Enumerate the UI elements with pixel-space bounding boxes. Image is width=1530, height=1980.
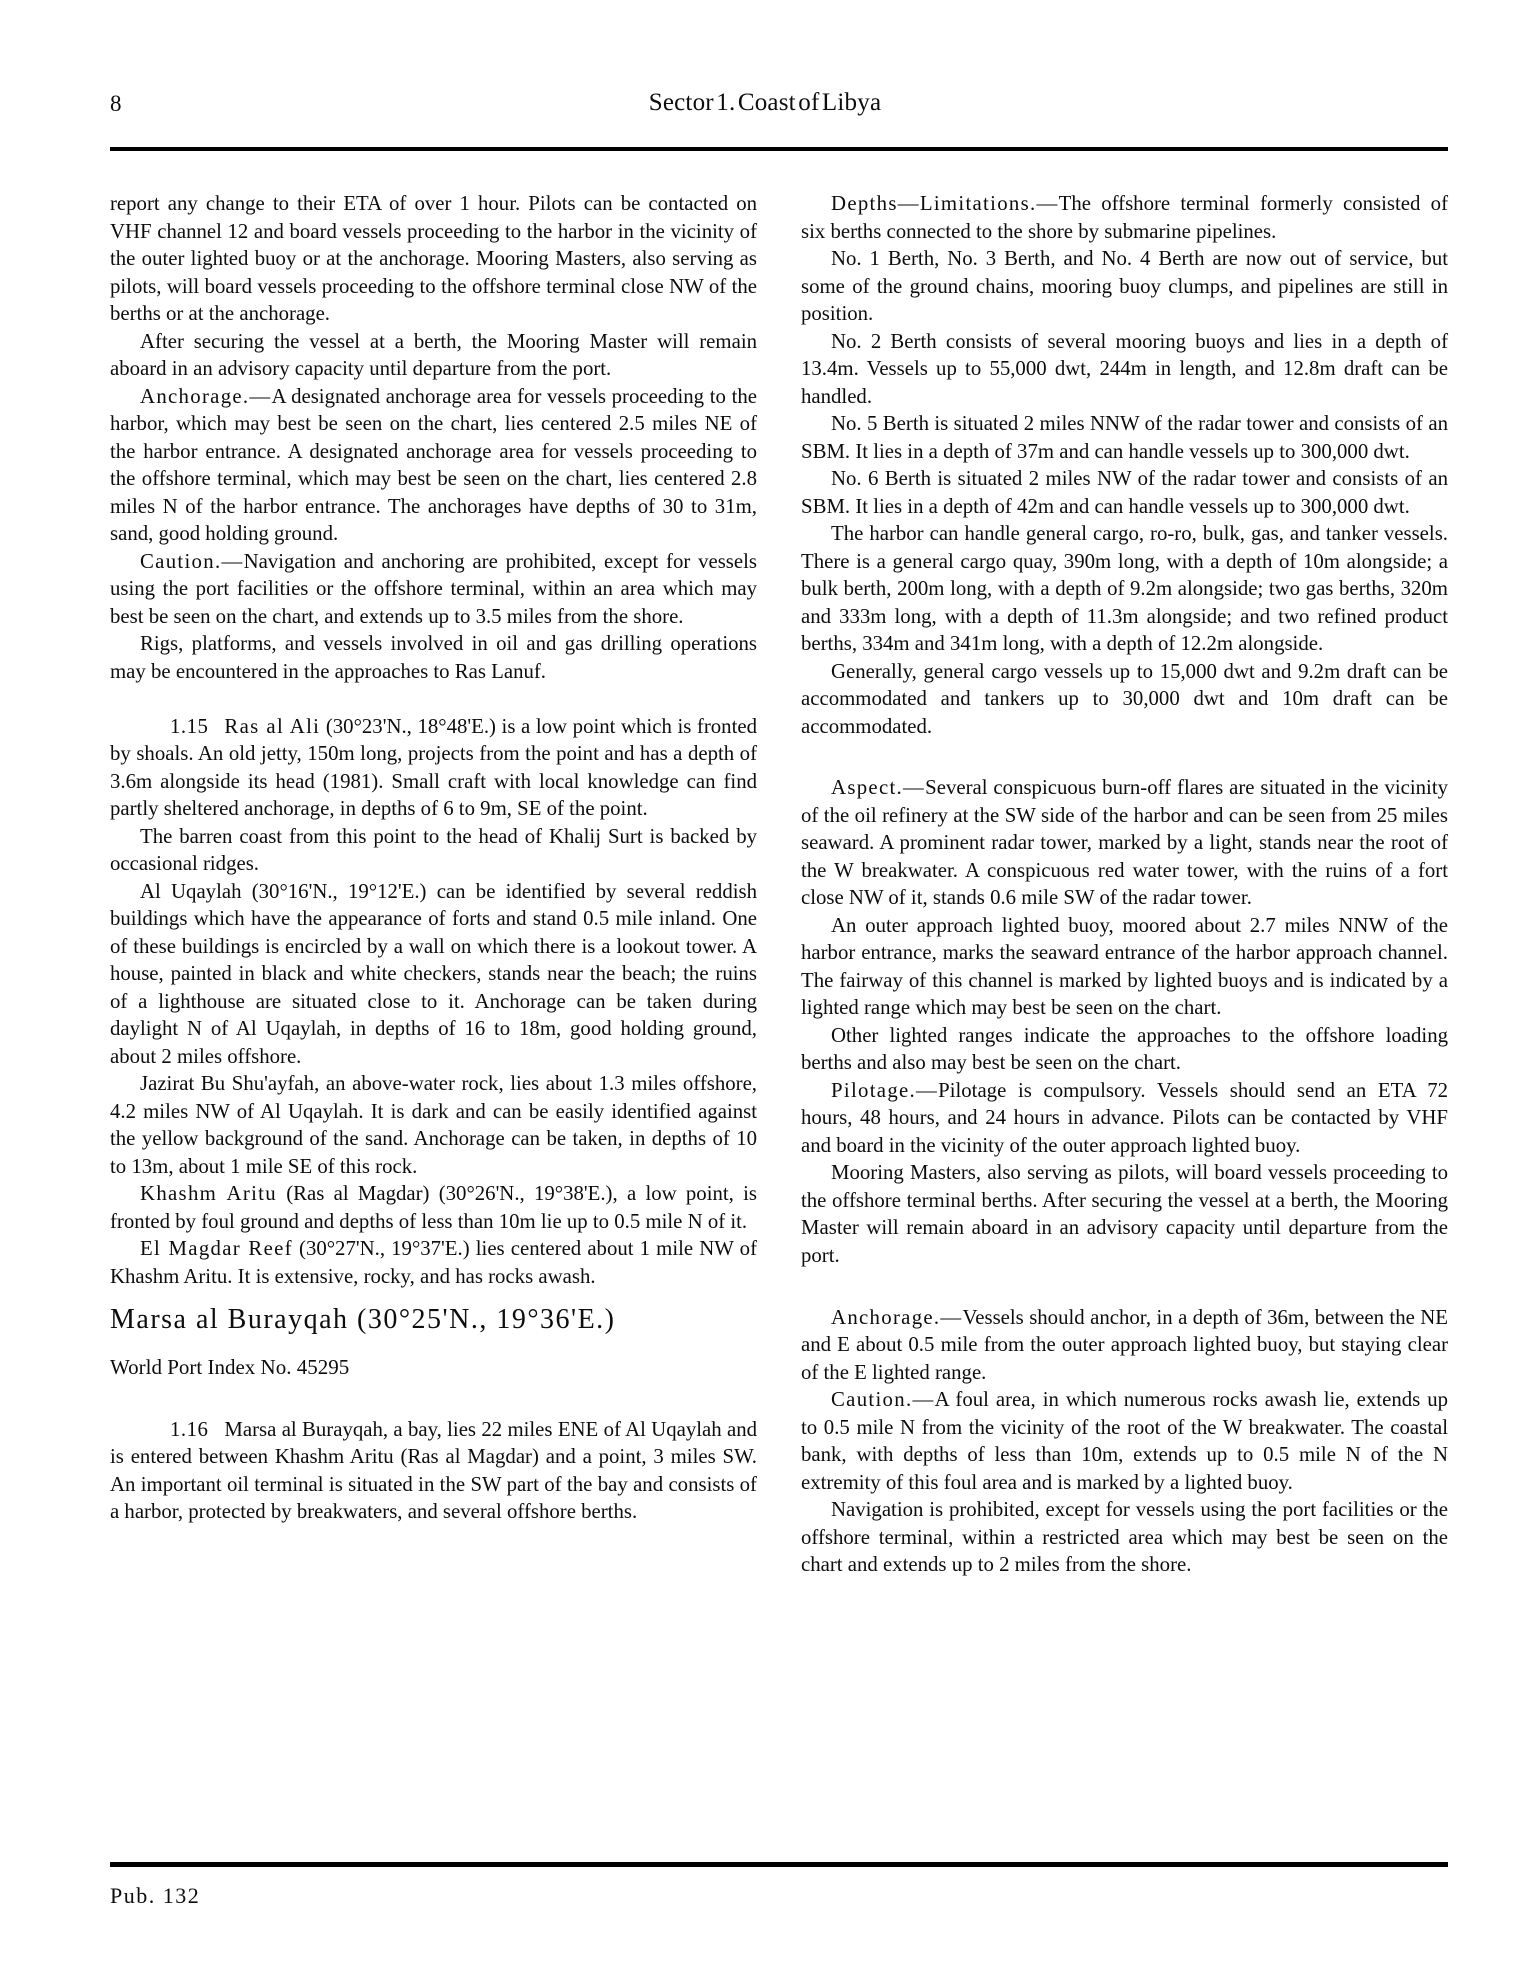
paragraph-lead: Aspect.— xyxy=(831,776,925,799)
publication-number: Pub. 132 xyxy=(110,1882,200,1909)
document-page: 8 Sector 1. Coast of Libya report any ch… xyxy=(0,0,1530,1980)
paragraph: Rigs, platforms, and vessels involved in… xyxy=(110,630,757,685)
header-rule xyxy=(110,147,1448,151)
paragraph-number: 1.16 xyxy=(140,1416,208,1444)
paragraph: 1.15Ras al Ali (30°23'N., 18°48'E.) is a… xyxy=(110,713,757,823)
paragraph: Al Uqaylah (30°16'N., 19°12'E.) can be i… xyxy=(110,878,757,1071)
paragraph: El Magdar Reef (30°27'N., 19°37'E.) lies… xyxy=(110,1235,757,1290)
paragraph: Caution.—A foul area, in which numerous … xyxy=(801,1386,1448,1496)
paragraph: After securing the vessel at a berth, th… xyxy=(110,328,757,383)
paragraph: No. 6 Berth is situated 2 miles NW of th… xyxy=(801,465,1448,520)
paragraph: No. 1 Berth, No. 3 Berth, and No. 4 Bert… xyxy=(801,245,1448,328)
paragraph: Aspect.—Several conspicuous burn-off fla… xyxy=(801,774,1448,912)
paragraph-lead: Anchorage.— xyxy=(140,385,272,408)
world-port-index: World Port Index No. 45295 xyxy=(110,1354,757,1382)
paragraph-lead: Anchorage.— xyxy=(831,1306,963,1329)
right-column: Depths—Limitations.—The offshore termina… xyxy=(801,190,1448,1579)
paragraph-lead: Caution.— xyxy=(831,1388,935,1411)
section-heading: Marsa al Burayqah (30°25'N., 19°36'E.) xyxy=(110,1302,757,1338)
paragraph-lead: Ras al Ali xyxy=(224,715,320,738)
paragraph-lead: Caution.— xyxy=(140,550,244,573)
paragraph: Other lighted ranges indicate the approa… xyxy=(801,1022,1448,1077)
footer-rule xyxy=(110,1862,1448,1867)
paragraph: An outer approach lighted buoy, moored a… xyxy=(801,912,1448,1022)
paragraph: Navigation is prohibited, except for ves… xyxy=(801,1496,1448,1579)
paragraph: No. 5 Berth is situated 2 miles NNW of t… xyxy=(801,410,1448,465)
paragraph: No. 2 Berth consists of several mooring … xyxy=(801,328,1448,411)
paragraph-lead: Khashm Aritu xyxy=(140,1182,277,1205)
running-header-title: Sector 1. Coast of Libya xyxy=(0,88,1530,118)
paragraph-lead: Pilotage.— xyxy=(831,1079,938,1102)
paragraph: Anchorage.—A designated anchorage area f… xyxy=(110,383,757,548)
paragraph-number: 1.15 xyxy=(140,713,208,741)
paragraph: Depths—Limitations.—The offshore termina… xyxy=(801,190,1448,245)
paragraph: The barren coast from this point to the … xyxy=(110,823,757,878)
paragraph-lead: Depths—Limitations.— xyxy=(831,192,1059,215)
left-column: report any change to their ETA of over 1… xyxy=(110,190,757,1579)
paragraph: Generally, general cargo vessels up to 1… xyxy=(801,658,1448,741)
paragraph: The harbor can handle general cargo, ro-… xyxy=(801,520,1448,658)
paragraph: Anchorage.—Vessels should anchor, in a d… xyxy=(801,1304,1448,1387)
paragraph: Mooring Masters, also serving as pilots,… xyxy=(801,1159,1448,1269)
paragraph: Pilotage.—Pilotage is compulsory. Vessel… xyxy=(801,1077,1448,1160)
paragraph: Caution.—Navigation and anchoring are pr… xyxy=(110,548,757,631)
text-columns: report any change to their ETA of over 1… xyxy=(110,190,1448,1579)
paragraph: Jazirat Bu Shu'ayfah, an above-water roc… xyxy=(110,1070,757,1180)
paragraph-lead: El Magdar Reef xyxy=(140,1237,293,1260)
paragraph: report any change to their ETA of over 1… xyxy=(110,190,757,328)
paragraph: 1.16Marsa al Burayqah, a bay, lies 22 mi… xyxy=(110,1416,757,1526)
paragraph: Khashm Aritu (Ras al Magdar) (30°26'N., … xyxy=(110,1180,757,1235)
